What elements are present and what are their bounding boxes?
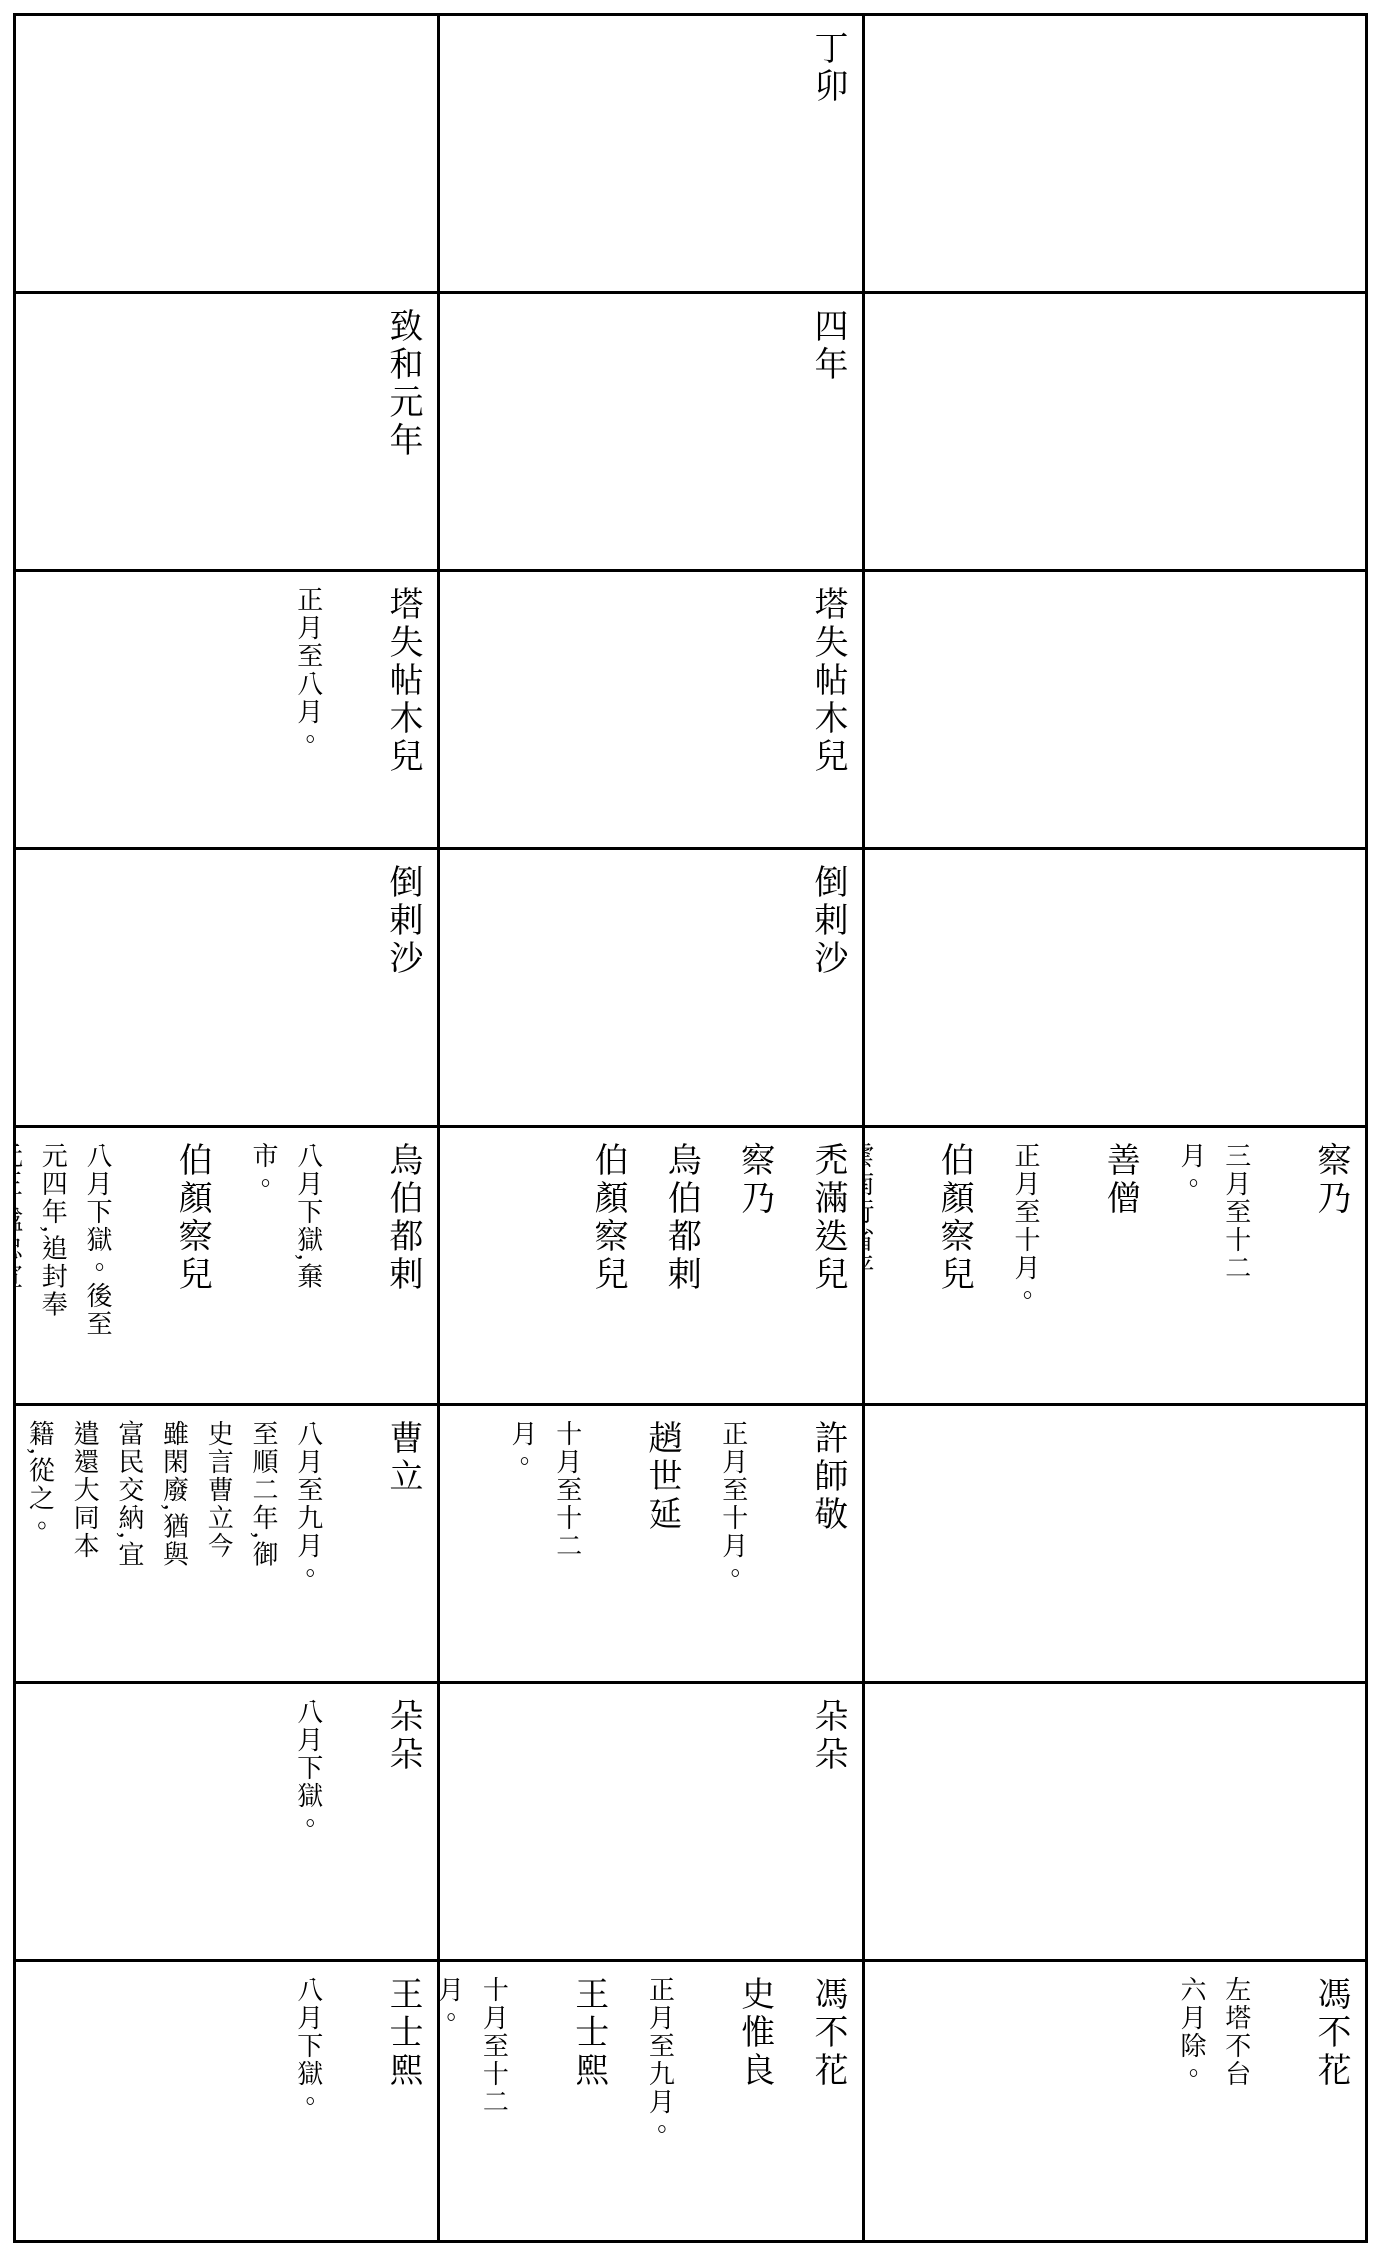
entry: 倒剌沙 xyxy=(803,864,852,1115)
entry: 王士熙 八月下獄。 xyxy=(285,1976,427,2230)
table-cell: 倒剌沙 xyxy=(440,850,865,1128)
table-cell: 烏伯都剌 八月下獄,棄 市。 伯顏察兒 八月下獄。後至 元四年,追封奉 元王,諡… xyxy=(16,1128,440,1406)
official-name: 許師敬 xyxy=(803,1420,852,1671)
entry: 伯顏察兒 雲南行省平 章賽典赤子。 十二月一月。 xyxy=(865,1142,978,1393)
entry-note: 正月至八月。 xyxy=(285,586,372,837)
entry: 塔失帖木兒 xyxy=(803,586,852,837)
table-cell: 禿滿迭兒 察乃 烏伯都剌 伯顏察兒 xyxy=(440,1128,865,1406)
entry: 趙世延 十月至十二 月。 xyxy=(499,1420,686,1671)
table-cell: 馮不花 左塔不台 六月除。 xyxy=(865,1962,1365,2240)
official-name: 曹立 xyxy=(378,1420,427,1671)
table-cell: 塔失帖木兒 正月至八月。 xyxy=(16,572,440,850)
official-name: 四年 xyxy=(803,308,852,559)
official-name: 塔失帖木兒 xyxy=(378,586,427,837)
official-name: 烏伯都剌 xyxy=(656,1142,705,1393)
entry: 馮不花 xyxy=(803,1976,852,2230)
official-name: 倒剌沙 xyxy=(803,864,852,1115)
entry-note: 八月下獄。 xyxy=(285,1698,372,1949)
table-cell xyxy=(865,294,1365,572)
table-cell: 曹立 八月至九月。 至順二年,御 史言曹立今 雖閑廢,猶與 富民交納,宜 遣還大… xyxy=(16,1406,440,1684)
table-cell: 四年 xyxy=(440,294,865,572)
official-name: 王士熙 xyxy=(563,1976,612,2230)
chronology-table: 丁卯 致和元年 四年 塔失帖木兒 正月至八月。 塔失帖木兒 倒剌沙 倒剌沙 烏伯… xyxy=(13,13,1368,2243)
entry: 朵朵 八月下獄。 xyxy=(285,1698,427,1949)
table-cell: 塔失帖木兒 xyxy=(440,572,865,850)
entry: 王士熙 十月至十二 月。 xyxy=(440,1976,613,2230)
table-cell xyxy=(865,16,1365,294)
entry-note: 正月至十月。 xyxy=(1002,1142,1089,1393)
entry-note: 八月下獄。 xyxy=(285,1976,372,2230)
entry: 馮不花 左塔不台 六月除。 xyxy=(1168,1976,1355,2230)
entry-note: 八月下獄,棄 市。 xyxy=(240,1142,371,1393)
table-cell xyxy=(865,1406,1365,1684)
entry: 致和元年 xyxy=(378,308,427,559)
entry: 察乃 三月至十二 月。 xyxy=(1168,1142,1355,1393)
table-cell: 朵朵 八月下獄。 xyxy=(16,1684,440,1962)
official-name: 馮不花 xyxy=(803,1976,852,2230)
official-name: 王士熙 xyxy=(378,1976,427,2230)
official-name: 烏伯都剌 xyxy=(378,1142,427,1393)
official-name: 塔失帖木兒 xyxy=(803,586,852,837)
official-name: 伯顏察兒 xyxy=(929,1142,978,1393)
table-cell: 丁卯 xyxy=(440,16,865,294)
table-cell: 馮不花 史惟良 正月至九月。 王士熙 十月至十二 月。 xyxy=(440,1962,865,2240)
entry-note: 八月至九月。 至順二年,御 史言曹立今 雖閑廢,猶與 富民交納,宜 遣還大同本 … xyxy=(17,1420,372,1671)
entry: 倒剌沙 xyxy=(378,864,427,1115)
entry: 伯顏察兒 八月下獄。後至 元四年,追封奉 元王,諡忠宣。 xyxy=(16,1142,216,1393)
entry-note: 左塔不台 六月除。 xyxy=(1168,1976,1299,2230)
official-name: 朵朵 xyxy=(803,1698,852,1949)
entry-note: 八月下獄。後至 元四年,追封奉 元王,諡忠宣。 xyxy=(16,1142,161,1393)
official-name: 伯顏察兒 xyxy=(167,1142,216,1393)
entry: 曹立 八月至九月。 至順二年,御 史言曹立今 雖閑廢,猶與 富民交納,宜 遣還大… xyxy=(17,1420,427,1671)
entry: 朵朵 xyxy=(803,1698,852,1949)
official-name: 馮不花 xyxy=(1306,1976,1355,2230)
entry-note: 正月至九月。 xyxy=(637,1976,724,2230)
entry: 許師敬 正月至十月。 xyxy=(710,1420,852,1671)
entry-note: 三月至十二 月。 xyxy=(1168,1142,1299,1393)
table-cell: 朵朵 xyxy=(440,1684,865,1962)
official-name: 丁卯 xyxy=(803,30,852,281)
official-name: 史惟良 xyxy=(729,1976,778,2230)
official-name: 倒剌沙 xyxy=(378,864,427,1115)
official-name: 致和元年 xyxy=(378,308,427,559)
table-cell: 察乃 三月至十二 月。 善僧 正月至十月。 伯顏察兒 雲南行省平 章賽典赤子。 … xyxy=(865,1128,1365,1406)
table-cell: 許師敬 正月至十月。 趙世延 十月至十二 月。 xyxy=(440,1406,865,1684)
entry: 史惟良 正月至九月。 xyxy=(637,1976,779,2230)
entry-note: 正月至十月。 xyxy=(710,1420,797,1671)
official-name: 善僧 xyxy=(1095,1142,1144,1393)
entry: 烏伯都剌 xyxy=(656,1142,705,1393)
entry: 禿滿迭兒 xyxy=(803,1142,852,1393)
official-name: 禿滿迭兒 xyxy=(803,1142,852,1393)
entry: 烏伯都剌 八月下獄,棄 市。 xyxy=(240,1142,427,1393)
official-name: 察乃 xyxy=(729,1142,778,1393)
entry: 四年 xyxy=(803,308,852,559)
table-cell xyxy=(16,16,440,294)
official-name: 察乃 xyxy=(1306,1142,1355,1393)
entry: 伯顏察兒 xyxy=(583,1142,632,1393)
table-cell: 王士熙 八月下獄。 xyxy=(16,1962,440,2240)
table-cell xyxy=(865,850,1365,1128)
official-name: 趙世延 xyxy=(637,1420,686,1671)
table-cell xyxy=(865,1684,1365,1962)
entry: 塔失帖木兒 正月至八月。 xyxy=(285,586,427,837)
entry: 察乃 xyxy=(729,1142,778,1393)
entry-note: 雲南行省平 章賽典赤子。 十二月一月。 xyxy=(865,1142,923,1393)
table-cell xyxy=(865,572,1365,850)
table-cell: 致和元年 xyxy=(16,294,440,572)
entry-note: 十月至十二 月。 xyxy=(499,1420,630,1671)
entry: 善僧 正月至十月。 xyxy=(1002,1142,1144,1393)
official-name: 朵朵 xyxy=(378,1698,427,1949)
official-name: 伯顏察兒 xyxy=(583,1142,632,1393)
entry: 丁卯 xyxy=(803,30,852,281)
table-cell: 倒剌沙 xyxy=(16,850,440,1128)
entry-note: 十月至十二 月。 xyxy=(440,1976,557,2230)
